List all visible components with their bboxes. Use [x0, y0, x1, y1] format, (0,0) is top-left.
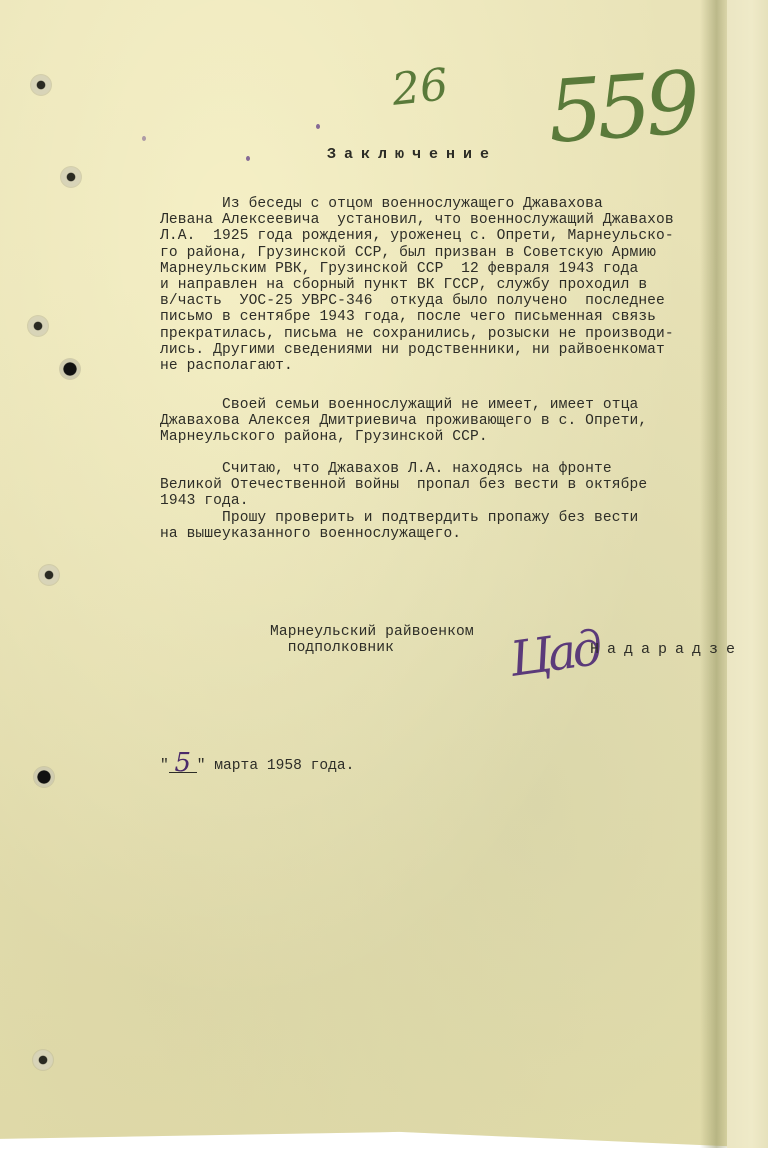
paragraph-1: Из беседы с отцом военнослужащего Джавах…	[160, 196, 674, 374]
page-fold-shadow	[700, 0, 730, 1148]
date-close-quote: "	[197, 758, 206, 774]
ink-speck	[142, 136, 146, 141]
signatory-name: Надарадзе	[590, 641, 743, 658]
date-open-quote: "	[160, 758, 169, 774]
position-line-1: Марнеульский райвоенком	[270, 624, 474, 640]
punch-hole-icon	[27, 315, 49, 337]
binding-strip	[727, 0, 768, 1148]
punch-hole-icon	[32, 1049, 54, 1071]
document-title: Заключение	[327, 146, 497, 163]
paragraph-2: Своей семьи военнослужащий не имеет, име…	[160, 397, 647, 446]
archive-sheet-number: 26	[389, 59, 450, 116]
document-date: "5" марта 1958 года.	[160, 754, 354, 774]
date-day-handwritten: 5	[169, 754, 197, 773]
punch-hole-icon	[33, 766, 55, 788]
punch-hole-icon	[59, 358, 81, 380]
ink-speck	[316, 124, 320, 129]
document-page	[0, 0, 768, 1148]
date-month-year: марта 1958 года.	[206, 758, 355, 774]
ink-speck	[246, 156, 250, 161]
punch-hole-icon	[60, 166, 82, 188]
paragraph-3: Считаю, что Джавахов Л.А. находясь на фр…	[160, 461, 647, 542]
position-line-2: подполковник	[270, 640, 394, 656]
signatory-position: Марнеульский райвоенком подполковник	[270, 624, 474, 656]
punch-hole-icon	[30, 74, 52, 96]
punch-hole-icon	[38, 564, 60, 586]
archive-file-number: 559	[545, 53, 698, 163]
